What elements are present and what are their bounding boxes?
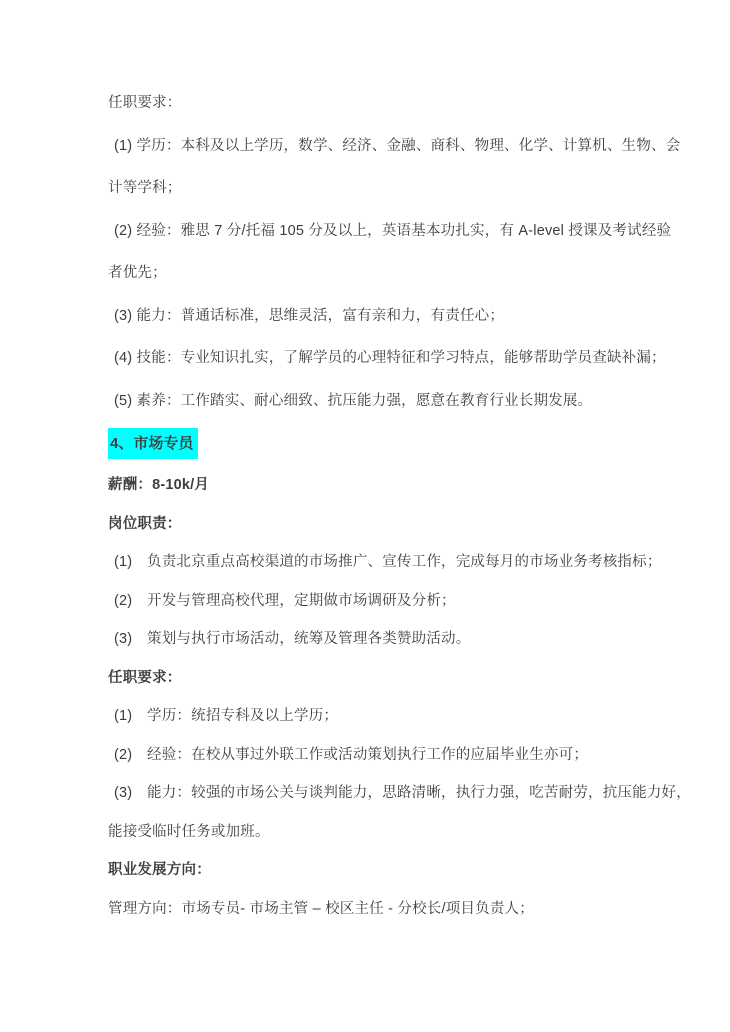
requirement-item-3: (3) 能力：较强的市场公关与谈判能力，思路清晰，执行力强，吃苦耐劳，抗压能力好… xyxy=(108,774,660,813)
job-title-marketing-specialist: 4、市场专员 xyxy=(108,422,660,466)
responsibility-item-2: (2) 开发与管理高校代理，定期做市场调研及分析； xyxy=(108,582,660,621)
requirement-item-3-continued: 能接受临时任务或加班。 xyxy=(108,813,660,852)
requirement-item-1: (1) 学历：统招专科及以上学历； xyxy=(108,697,660,736)
job-title-highlight: 4、市场专员 xyxy=(108,428,198,459)
requirements-title: 任职要求： xyxy=(108,82,660,125)
requirement-experience-line2: 者优先； xyxy=(108,252,660,295)
requirements-title-2: 任职要求： xyxy=(108,659,660,698)
responsibilities-title: 岗位职责： xyxy=(108,505,660,544)
requirement-education-line1: (1) 学历：本科及以上学历，数学、经济、金融、商科、物理、化学、计算机、生物、… xyxy=(108,125,660,168)
requirement-item-2: (2) 经验：在校从事过外联工作或活动策划执行工作的应届毕业生亦可； xyxy=(108,736,660,775)
career-direction-title: 职业发展方向： xyxy=(108,851,660,890)
responsibility-item-3: (3) 策划与执行市场活动，统筹及管理各类赞助活动。 xyxy=(108,620,660,659)
responsibility-item-1: (1) 负责北京重点高校渠道的市场推广、宣传工作，完成每月的市场业务考核指标； xyxy=(108,543,660,582)
requirement-quality: (5) 素养：工作踏实、耐心细致、抗压能力强，愿意在教育行业长期发展。 xyxy=(108,380,660,423)
document-page: 任职要求： (1) 学历：本科及以上学历，数学、经济、金融、商科、物理、化学、计… xyxy=(0,0,730,1032)
section-job3-requirements: 任职要求： (1) 学历：本科及以上学历，数学、经济、金融、商科、物理、化学、计… xyxy=(108,82,660,422)
requirement-ability: (3) 能力：普通话标准，思维灵活，富有亲和力，有责任心； xyxy=(108,295,660,338)
requirement-skill: (4) 技能：专业知识扎实，了解学员的心理特征和学习特点，能够帮助学员查缺补漏； xyxy=(108,337,660,380)
section-marketing-specialist: 薪酬：8-10k/月 岗位职责： (1) 负责北京重点高校渠道的市场推广、宣传工… xyxy=(108,466,660,928)
career-path-management: 管理方向：市场专员- 市场主管 – 校区主任 - 分校长/项目负责人； xyxy=(108,890,660,929)
salary-line: 薪酬：8-10k/月 xyxy=(108,466,660,505)
requirement-education-line2: 计等学科； xyxy=(108,167,660,210)
requirement-experience-line1: (2) 经验：雅思 7 分/托福 105 分及以上，英语基本功扎实，有 A-le… xyxy=(108,210,660,253)
